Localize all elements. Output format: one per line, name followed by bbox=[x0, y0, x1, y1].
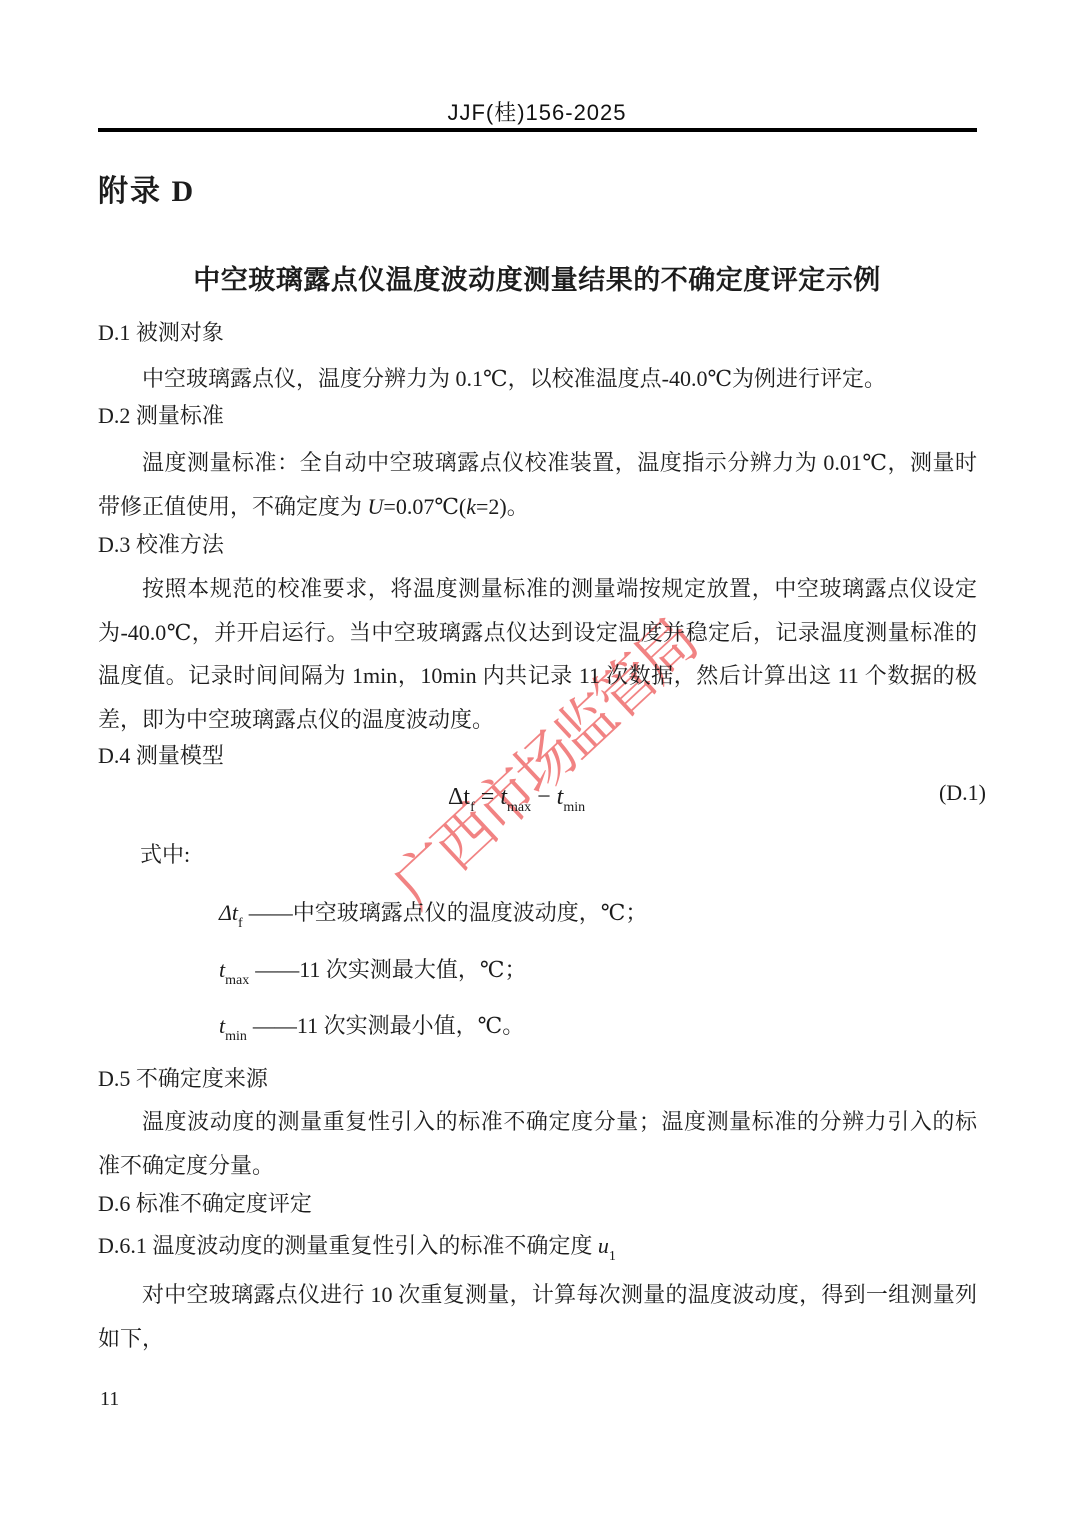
section-d61-body: 对中空玻璃露点仪进行 10 次重复测量，计算每次测量的温度波动度，得到一组测量列… bbox=[98, 1273, 977, 1360]
formula-equals: = bbox=[475, 784, 501, 810]
doc-title: 中空玻璃露点仪温度波动度测量结果的不确定度评定示例 bbox=[0, 258, 1074, 297]
def-text: ——11 次实测最小值，℃。 bbox=[253, 1013, 524, 1038]
section-d1-body: 中空玻璃露点仪，温度分辨力为 0.1℃，以校准温度点-40.0℃为例进行评定。 bbox=[98, 357, 977, 401]
uncertainty-symbol: U bbox=[368, 494, 384, 519]
running-head: JJF(桂)156-2025 bbox=[0, 96, 1074, 127]
formula-tmax: t bbox=[500, 784, 507, 810]
section-d61-heading: D.6.1 温度波动度的测量重复性引入的标准不确定度 u1 bbox=[98, 1229, 616, 1260]
def-symbol-sub: max bbox=[225, 973, 249, 988]
measurement-model-formula: Δtf = tmax − tmin bbox=[448, 784, 585, 811]
section-d5-body: 温度波动度的测量重复性引入的标准不确定度分量；温度测量标准的分辨力引入的标准不确… bbox=[98, 1100, 977, 1187]
where-label: 式中: bbox=[140, 838, 190, 869]
d2-text-mid: =0.07℃( bbox=[383, 494, 466, 519]
def-symbol-sub: min bbox=[225, 1029, 247, 1044]
def-symbol: Δtf bbox=[219, 900, 243, 925]
formula-minus: − bbox=[531, 784, 557, 810]
appendix-label: 附录 D bbox=[98, 166, 195, 210]
formula-tmin-sub: min bbox=[563, 800, 585, 815]
section-d3-body: 按照本规范的校准要求，将温度测量标准的测量端按规定放置，中空玻璃露点仪设定为-4… bbox=[98, 567, 977, 741]
section-d2-body: 温度测量标准：全自动中空玻璃露点仪校准装置，温度指示分辨力为 0.01℃，测量时… bbox=[98, 441, 977, 528]
def-text: ——中空玻璃露点仪的温度波动度，℃； bbox=[249, 900, 648, 925]
section-d2-heading: D.2 测量标准 bbox=[98, 399, 224, 430]
d2-text-after: =2)。 bbox=[476, 494, 529, 519]
def-text: ——11 次实测最大值，℃； bbox=[255, 957, 526, 982]
section-d4-heading: D.4 测量模型 bbox=[98, 739, 224, 770]
formula-lhs-sub: f bbox=[470, 800, 475, 815]
definition-row-tmin: tmin——11 次实测最小值，℃。 bbox=[219, 1009, 524, 1040]
d61-heading-text: D.6.1 温度波动度的测量重复性引入的标准不确定度 bbox=[98, 1233, 598, 1258]
definition-row-dtf: Δtf——中空玻璃露点仪的温度波动度，℃； bbox=[219, 896, 647, 927]
u1-symbol: u bbox=[598, 1233, 609, 1258]
def-symbol: tmax bbox=[219, 957, 249, 982]
formula-row: Δtf = tmax − tmin (D.1) bbox=[98, 784, 986, 824]
section-d1-heading: D.1 被测对象 bbox=[98, 316, 224, 347]
u1-subscript: 1 bbox=[609, 1249, 616, 1264]
definition-row-tmax: tmax——11 次实测最大值，℃； bbox=[219, 953, 527, 984]
header-rule bbox=[98, 128, 977, 132]
formula-tmax-sub: max bbox=[507, 800, 531, 815]
d2-text-before: 温度测量标准：全自动中空玻璃露点仪校准装置，温度指示分辨力为 0.01℃，测量时… bbox=[98, 450, 977, 519]
page-number: 11 bbox=[100, 1388, 119, 1411]
def-symbol: tmin bbox=[219, 1013, 247, 1038]
section-d3-heading: D.3 校准方法 bbox=[98, 528, 224, 559]
def-symbol-sub: f bbox=[238, 916, 243, 931]
coverage-factor-symbol: k bbox=[466, 494, 476, 519]
formula-lhs: Δt bbox=[448, 784, 470, 810]
formula-number: (D.1) bbox=[939, 780, 986, 806]
document-page: 广西市场监管局 JJF(桂)156-2025 附录 D 中空玻璃露点仪温度波动度… bbox=[0, 0, 1074, 1520]
def-symbol-main: Δt bbox=[219, 900, 238, 925]
section-d5-heading: D.5 不确定度来源 bbox=[98, 1062, 268, 1093]
section-d6-heading: D.6 标准不确定度评定 bbox=[98, 1187, 312, 1218]
